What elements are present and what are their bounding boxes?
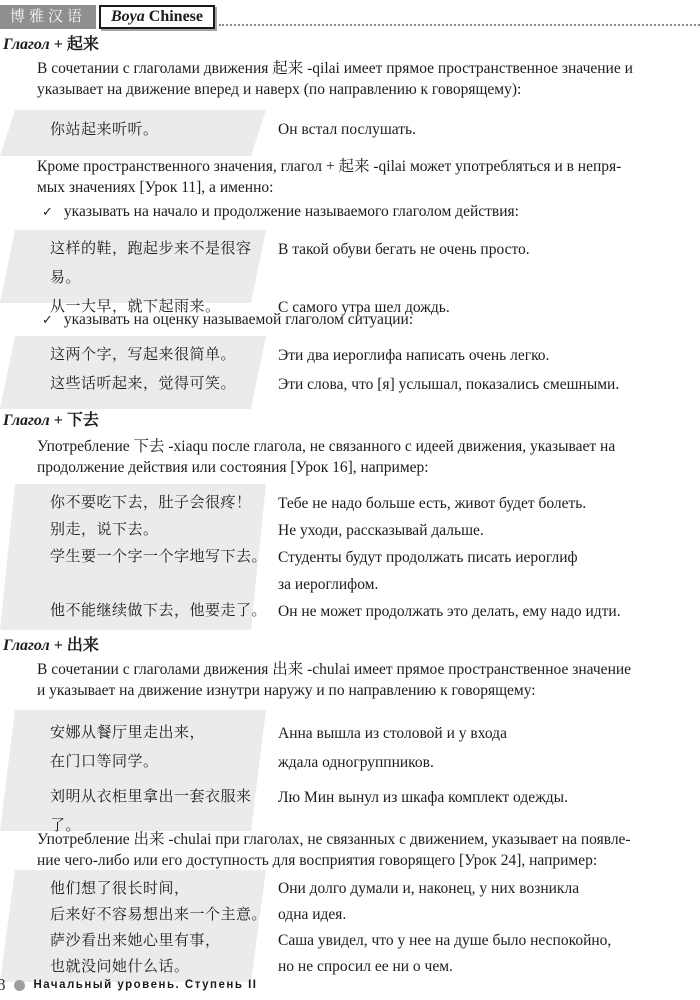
example-russian-line: Студенты будут продолжать писать иерогли… — [278, 544, 692, 571]
example-russian: Он не может продолжать это делать, ему н… — [278, 598, 700, 625]
example-chinese: 安娜从餐厅里走出来， — [0, 719, 278, 748]
brand-logo-english: Boya Chinese — [99, 5, 215, 29]
example-row: 这两个字，写起来很简单。 Эти два иероглифа написать … — [0, 341, 700, 370]
example-chinese: 别走，说下去。 — [0, 517, 278, 544]
bullet-text: указывать на начало и продолжение называ… — [64, 203, 519, 220]
example-row: 在门口等同学。 ждала одногруппников. — [0, 748, 700, 777]
example-row: 别走，说下去。 Не уходи, рассказывай дальше. — [0, 517, 700, 544]
paragraph-line: мых значениях [Урок 11], а именно: — [37, 177, 700, 198]
example-box-qilai-3: 这两个字，写起来很简单。 Эти два иероглифа написать … — [0, 336, 700, 409]
example-russian: Анна вышла из столовой и у входа — [278, 719, 700, 748]
section-heading-qilai: Глагол + 起来 — [0, 36, 700, 54]
paragraph-line: продолжение действия или состояния [Урок… — [37, 457, 700, 478]
example-russian: Они долго думали и, наконец, у них возни… — [278, 876, 700, 902]
paragraph-line: В сочетании с глаголами движения 出来 -chu… — [37, 659, 700, 680]
example-russian: Не уходи, рассказывай дальше. — [278, 517, 700, 544]
brand-logo-chinese-word: Chinese — [145, 8, 203, 25]
intro-paragraph-xiaqu: Употребление 下去 -xiaqu после глагола, не… — [0, 436, 700, 478]
example-russian: Эти слова, что [я] услышал, показались с… — [278, 370, 700, 399]
example-chinese: 这样的鞋，跑起步来不是很容易。 — [0, 235, 278, 293]
brand-logo-chinese: 博雅汉语 — [0, 5, 96, 29]
example-box-chulai-1: 安娜从餐厅里走出来， Анна вышла из столовой и у вх… — [0, 710, 700, 831]
example-russian-line: за иероглифом. — [278, 571, 692, 598]
example-row: 后来好不容易想出来一个主意。 одна идея. — [0, 902, 700, 928]
footer-level-label: Начальный уровень. Ступень II — [34, 979, 258, 991]
example-box-qilai-2: 这样的鞋，跑起步来不是很容易。 В такой обуви бегать не … — [0, 230, 700, 303]
example-row: 这样的鞋，跑起步来不是很容易。 В такой обуви бегать не … — [0, 235, 700, 293]
heading-suffix: + 下去 — [50, 412, 99, 429]
page-footer: 8 Начальный уровень. Ступень II — [0, 976, 700, 994]
example-chinese: 学生要一个字一个字地写下去。 — [0, 544, 278, 571]
example-row: 你站起来听听。 Он встал послушать. — [0, 116, 700, 144]
paragraph-line: Кроме пространственного значения, глагол… — [37, 156, 700, 177]
paragraph-line: ние чего-либо или его доступность для во… — [37, 850, 700, 871]
example-row: 萨沙看出来她心里有事， Саша увидел, что у нее на ду… — [0, 928, 700, 954]
section-heading-xiaqu: Глагол + 下去 — [0, 412, 700, 430]
example-russian: Саша увидел, что у нее на душе было несп… — [278, 928, 700, 954]
brand-logo-boya: Boya — [111, 8, 145, 25]
example-box-xiaqu: 你不要吃下去，肚子会很疼！ Тебе не надо больше есть, … — [0, 484, 700, 630]
example-chinese: 他不能继续做下去，他要走了。 — [0, 598, 278, 625]
bullet-text: указывать на оценку называемой глаголом … — [64, 311, 413, 328]
section-heading-chulai: Глагол + 出来 — [0, 637, 700, 655]
bullet-item-evaluation: ✓указывать на оценку называемой глаголом… — [0, 310, 700, 331]
example-chinese: 在门口等同学。 — [0, 748, 278, 777]
example-chinese: 萨沙看出来她心里有事， — [0, 928, 278, 954]
example-chinese: 你不要吃下去，肚子会很疼！ — [0, 490, 278, 517]
paragraph-chulai-figurative: Употребление 出来 -chulai при глаголах, не… — [0, 829, 700, 871]
intro-paragraph-qilai: В сочетании с глаголами движения 起来 -qil… — [0, 58, 700, 100]
example-row: 他们想了很长时间， Они долго думали и, наконец, у… — [0, 876, 700, 902]
heading-verb-word: Глагол — [3, 412, 50, 429]
example-row: 学生要一个字一个字地写下去。 Студенты будут продолжать… — [0, 544, 700, 598]
example-chinese: 后来好不容易想出来一个主意。 — [0, 902, 278, 928]
example-row: 你不要吃下去，肚子会很疼！ Тебе не надо больше есть, … — [0, 490, 700, 517]
paragraph-line: указывает на движение вперед и наверх (п… — [37, 79, 700, 100]
example-row: 他不能继续做下去，他要走了。 Он не может продолжать эт… — [0, 598, 700, 625]
dotted-rule — [219, 24, 700, 26]
example-russian: Эти два иероглифа написать очень легко. — [278, 341, 700, 370]
page-number: 8 — [0, 976, 6, 994]
check-icon: ✓ — [42, 313, 53, 328]
check-icon: ✓ — [42, 205, 53, 220]
heading-verb-word: Глагол — [3, 36, 50, 53]
paragraph-line: Употребление 出来 -chulai при глаголах, не… — [37, 829, 700, 850]
example-russian: Лю Мин вынул из шкафа комплект одежды. — [278, 783, 700, 812]
heading-verb-word: Глагол — [3, 637, 50, 654]
example-chinese: 你站起来听听。 — [0, 116, 278, 144]
textbook-page: 博雅汉语 Boya Chinese Глагол + 起来 В сочетани… — [0, 0, 700, 1000]
example-russian: Он встал послушать. — [278, 116, 700, 144]
intro-paragraph-chulai: В сочетании с глаголами движения 出来 -chu… — [0, 659, 700, 701]
paragraph-line: В сочетании с глаголами движения 起来 -qil… — [37, 58, 700, 79]
example-box-qilai-1: 你站起来听听。 Он встал послушать. — [0, 110, 700, 156]
example-russian: ждала одногруппников. — [278, 748, 700, 777]
paragraph-indirect-meanings: Кроме пространственного значения, глагол… — [0, 156, 700, 198]
example-chinese: 这两个字，写起来很简单。 — [0, 341, 278, 370]
example-chinese: 他们想了很长时间， — [0, 876, 278, 902]
example-row: 这些话听起来，觉得可笑。 Эти слова, что [я] услышал,… — [0, 370, 700, 399]
example-russian: Студенты будут продолжать писать иерогли… — [278, 544, 700, 598]
heading-suffix: + 出来 — [50, 637, 99, 654]
footer-dot-icon — [14, 980, 25, 991]
example-russian: В такой обуви бегать не очень просто. — [278, 235, 700, 264]
paragraph-line: и указывает на движение изнутри наружу и… — [37, 680, 700, 701]
example-chinese: 这些话听起来，觉得可笑。 — [0, 370, 278, 399]
example-russian: Тебе не надо больше есть, живот будет бо… — [278, 490, 700, 517]
example-box-chulai-2: 他们想了很长时间， Они долго думали и, наконец, у… — [0, 870, 700, 982]
heading-suffix: + 起来 — [50, 36, 99, 53]
page-header: 博雅汉语 Boya Chinese — [0, 3, 700, 29]
example-russian: одна идея. — [278, 902, 700, 928]
bullet-item-beginning-continuation: ✓указывать на начало и продолжение назыв… — [0, 202, 700, 223]
example-row: 安娜从餐厅里走出来， Анна вышла из столовой и у вх… — [0, 719, 700, 748]
paragraph-line: Употребление 下去 -xiaqu после глагола, не… — [37, 436, 700, 457]
